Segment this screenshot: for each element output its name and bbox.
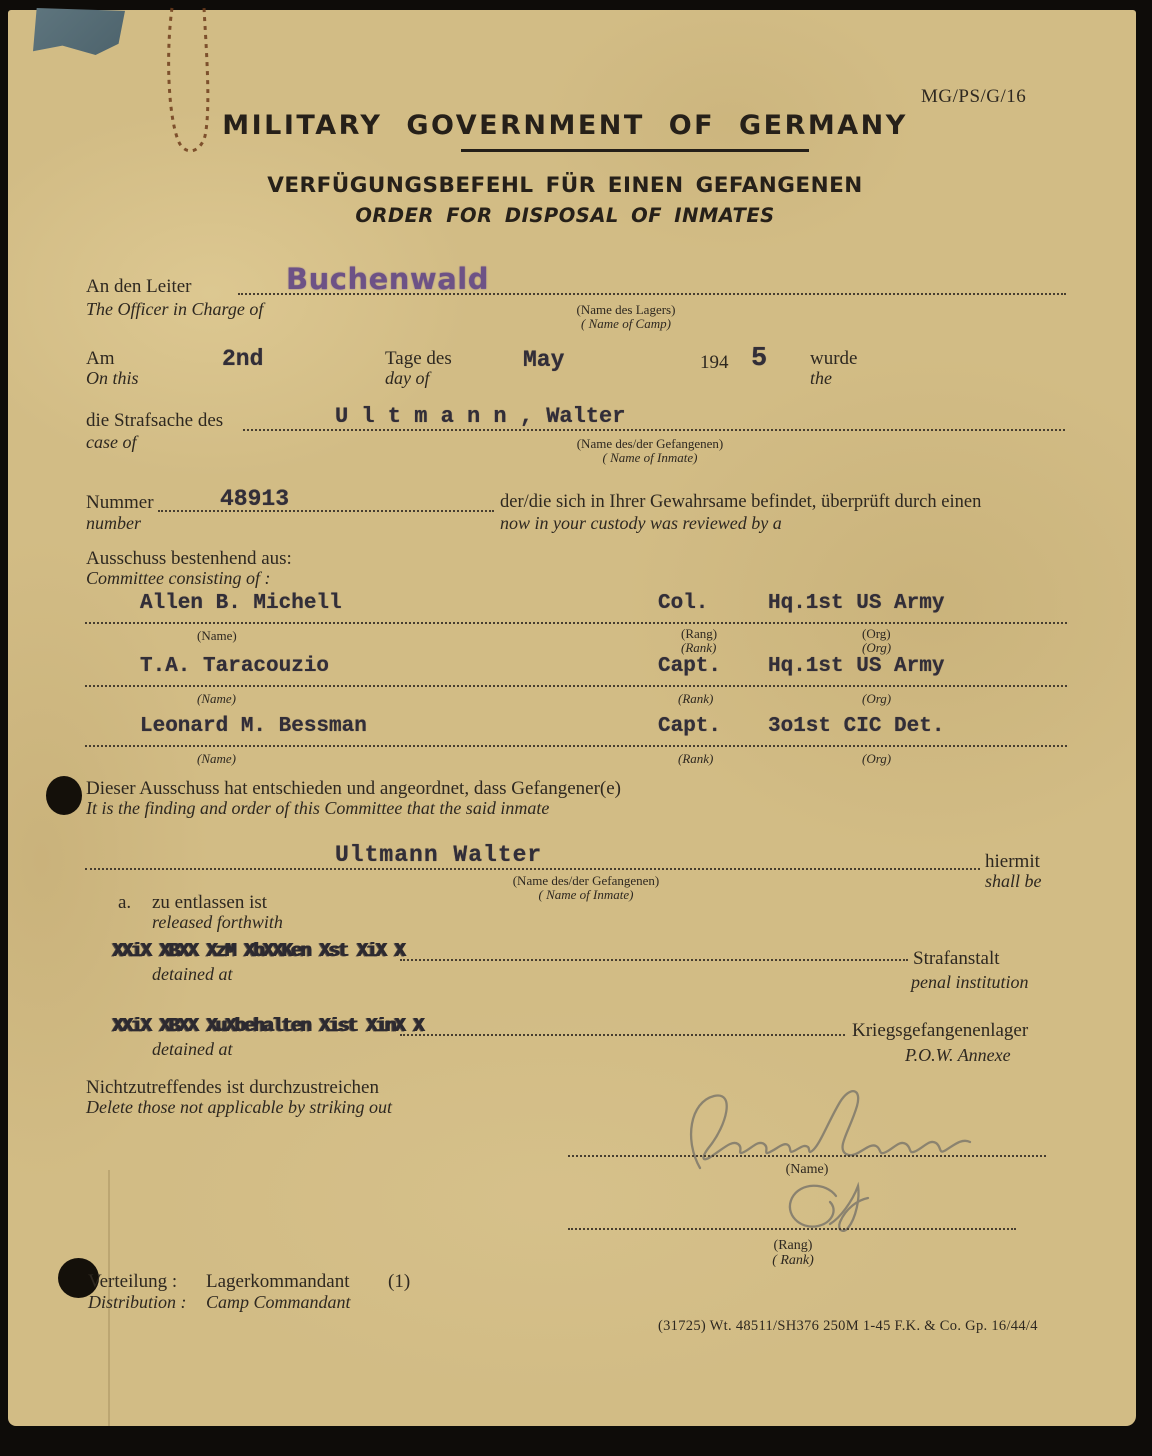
title-rule <box>461 149 809 152</box>
member-1-label-name: (Name) <box>197 628 237 644</box>
strike-note-en: Delete those not applicable by striking … <box>86 1097 392 1118</box>
committee-heading-en: Committee consisting of : <box>86 568 270 589</box>
case-label-en: case of <box>86 432 136 453</box>
signature-name-caption: (Name) <box>786 1162 829 1178</box>
signature-rank-line <box>568 1228 1016 1230</box>
signature-scribbles <box>660 1078 1060 1248</box>
signature-rank-scribble <box>790 1186 868 1231</box>
date-wurde-de: wurde <box>810 348 857 370</box>
date-am-en: On this <box>86 368 139 389</box>
date-day-value: 2nd <box>222 346 263 372</box>
member-2-org: Hq.1st US Army <box>768 655 944 678</box>
member-2-rank: Capt. <box>658 655 721 678</box>
member-3-name: Leonard M. Bessman <box>140 715 367 738</box>
member-2-label-name: (Name) <box>197 691 236 707</box>
member-2-line <box>85 685 1067 687</box>
subtitle-english: ORDER FOR DISPOSAL OF INMATES <box>0 204 1130 227</box>
distribution-copies: (1) <box>388 1271 410 1293</box>
member-1-label-rank: (Rank) <box>681 640 716 656</box>
member-3-label-name: (Name) <box>197 751 236 767</box>
member-1-org: Hq.1st US Army <box>768 592 944 615</box>
distribution-value-en: Camp Commandant <box>206 1292 351 1313</box>
hiermit-en: shall be <box>985 871 1042 892</box>
committee-heading-de: Ausschuss bestenhend aus: <box>86 548 292 570</box>
member-2-label-org: (Org) <box>862 691 891 707</box>
number-value: 48913 <box>220 486 289 512</box>
addressee-label-en: The Officer in Charge of <box>86 299 263 320</box>
number-right-en: now in your custody was reviewed by a <box>500 513 782 534</box>
member-3-org: 3o1st CIC Det. <box>768 715 944 738</box>
option-b-line <box>400 959 908 961</box>
number-label-en: number <box>86 513 141 534</box>
option-a-letter: a. <box>118 892 131 914</box>
distribution-label-de: Verteilung : <box>88 1271 177 1293</box>
member-3-label-org: (Org) <box>862 751 891 767</box>
member-2-name: T.A. Taracouzio <box>140 655 329 678</box>
member-3-rank: Capt. <box>658 715 721 738</box>
date-wurde-en: the <box>810 368 832 389</box>
finding-line-de: Dieser Ausschuss hat entschieden und ang… <box>86 778 621 800</box>
member-3-line <box>85 745 1067 747</box>
case-caption-en: ( Name of Inmate) <box>603 450 698 466</box>
finding-line-en: It is the finding and order of this Comm… <box>86 798 549 819</box>
paperclip-stain <box>148 4 230 166</box>
date-year-printed: 194 <box>700 352 729 374</box>
hiermit-de: hiermit <box>985 851 1040 873</box>
finding-caption-en: ( Name of Inmate) <box>539 887 634 903</box>
option-a-de: zu entlassen ist <box>152 892 267 914</box>
hole-punch-top <box>46 776 82 815</box>
camp-name-stamp: Buchenwald <box>286 262 489 296</box>
option-c-struck-text: XXiX XBXX XuXbehalten Xist XinX X <box>112 1015 422 1037</box>
member-1-line <box>85 622 1067 624</box>
number-line <box>158 510 494 512</box>
case-label-de: die Strafsache des <box>86 410 223 432</box>
signature-name-line <box>568 1155 1046 1157</box>
option-c-right-de: Kriegsgefangenenlager <box>852 1020 1028 1042</box>
date-year-value: 5 <box>751 344 767 374</box>
inmate-line <box>85 868 980 870</box>
option-a-en: released forthwith <box>152 912 283 933</box>
distribution-label-en: Distribution : <box>88 1292 187 1313</box>
option-c-right-en: P.O.W. Annexe <box>905 1045 1011 1066</box>
option-b-en: detained at <box>152 964 232 985</box>
option-c-line <box>400 1034 845 1036</box>
number-right-de: der/die sich in Ihrer Gewahrsame befinde… <box>500 492 981 513</box>
option-c-en: detained at <box>152 1039 232 1060</box>
strike-note-de: Nichtzutreffendes ist durchzustreichen <box>86 1077 379 1099</box>
option-b-right-de: Strafanstalt <box>913 948 1000 970</box>
case-inmate-typed: U l t m a n n , Walter <box>335 404 625 429</box>
printer-imprint: (31725) Wt. 48511/SH376 250M 1-45 F.K. &… <box>658 1318 1038 1335</box>
scanned-document: MG/PS/G/16 MILITARY GOVERNMENT OF GERMAN… <box>0 0 1152 1456</box>
case-line <box>243 429 1065 431</box>
option-b-struck-text: XXiX XBXX XzM XbXXKen Xst XiX X <box>112 940 403 962</box>
member-1-rank: Col. <box>658 592 708 615</box>
signature-rank-caption: ( Rank) <box>772 1253 814 1269</box>
subtitle-german: VERFÜGUNGSBEFEHL FÜR EINEN GEFANGENEN <box>0 173 1130 198</box>
member-3-label-rank: (Rank) <box>678 751 713 767</box>
option-b-right-en: penal institution <box>911 972 1029 993</box>
member-1-name: Allen B. Michell <box>140 592 342 615</box>
date-tage-en: day of <box>385 368 430 389</box>
camp-caption-en: ( Name of Camp) <box>581 316 671 332</box>
date-tage-de: Tage des <box>385 348 452 370</box>
date-month-value: May <box>523 347 564 373</box>
distribution-value-de: Lagerkommandant <box>206 1271 350 1293</box>
form-reference: MG/PS/G/16 <box>921 86 1026 108</box>
member-2-label-rank: (Rank) <box>678 691 713 707</box>
date-am-de: Am <box>86 348 115 370</box>
number-label-de: Nummer <box>86 492 154 514</box>
signature-rang-caption: (Rang) <box>774 1238 813 1254</box>
document-title: MILITARY GOVERNMENT OF GERMANY <box>0 110 1130 141</box>
addressee-label-de: An den Leiter <box>86 276 192 298</box>
member-1-label-org-it: (Org) <box>862 640 891 656</box>
finding-inmate-typed: Ultmann Walter <box>335 842 542 868</box>
